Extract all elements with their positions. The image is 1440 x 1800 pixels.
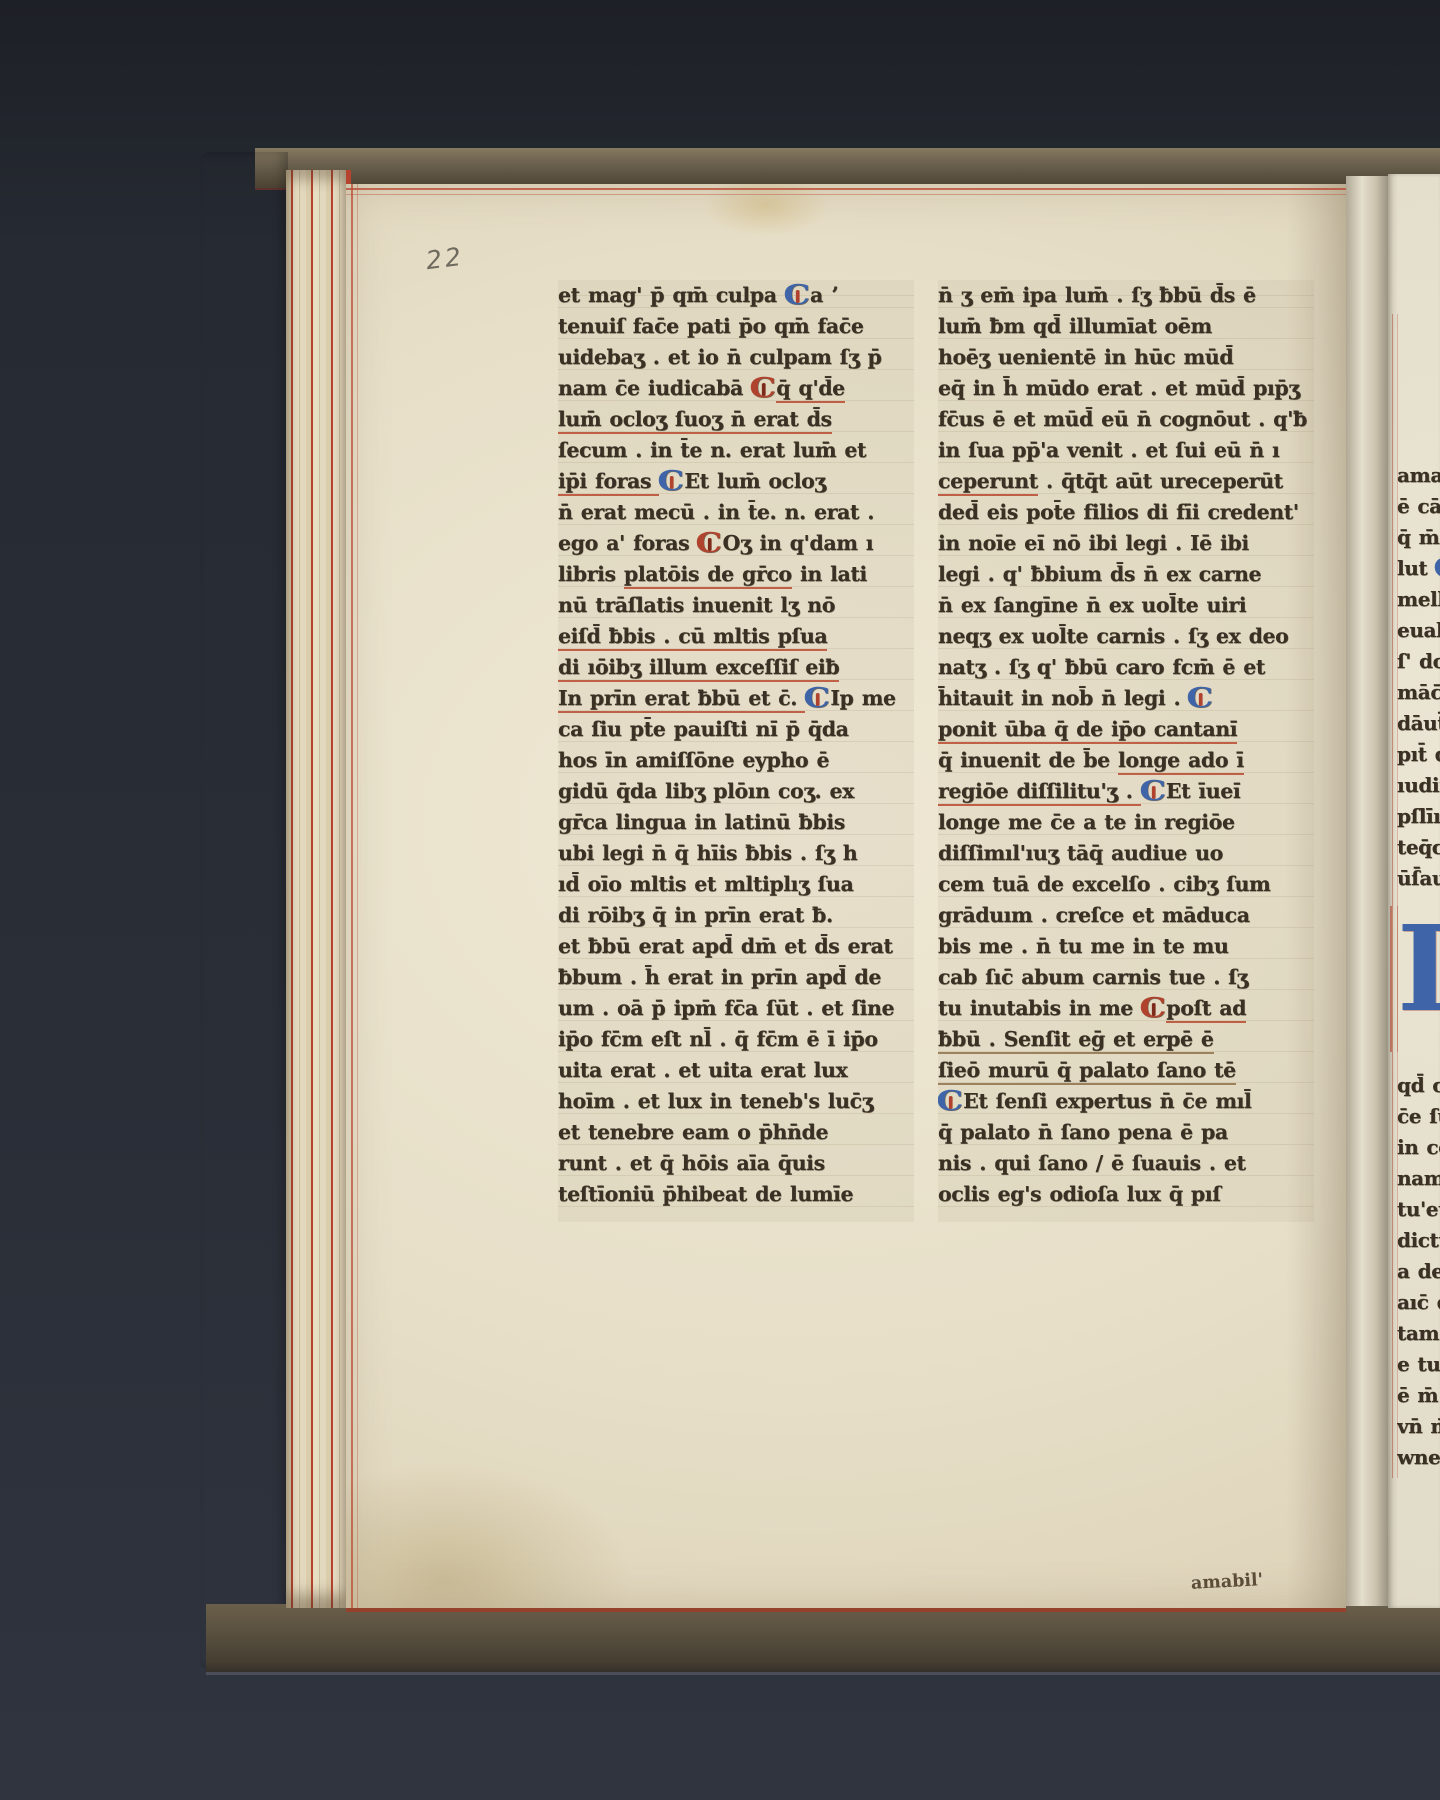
text-line: dāut̄	[1397, 708, 1440, 739]
text-segment: ceperunt	[938, 469, 1038, 496]
text-line: q̄ palato n̄ ſano pena ē pa	[938, 1117, 1314, 1148]
text-segment: ſecum . in t̄e n. erat lum̄ et	[558, 438, 866, 462]
folio-number: 22	[424, 242, 465, 275]
text-column-left: et mag' p̄ qm̄ culpa Ca ʼtenuiſ fac̄e pa…	[558, 280, 914, 1222]
text-line: longe me c̄e a te in regiōe	[938, 807, 1314, 838]
text-line: uidebaʒ . et io n̄ culpam ſʒ p̄	[558, 342, 914, 373]
text-line: gidū q̄da libʒ plōın coʒ. ex	[558, 776, 914, 807]
text-line: lum̄ ƀm qd̄ illumīat oēm	[938, 311, 1314, 342]
text-segment: ponit ūba q̄ de ip̄o cantanı̄	[938, 717, 1237, 744]
text-segment: Et īueı̄	[1166, 779, 1240, 803]
text-segment: ē m̄ ı	[1397, 1383, 1440, 1407]
paragraph-mark: C	[1187, 688, 1213, 710]
text-line: n̄ ex ſangīne n̄ ex uol̄te uiri	[938, 590, 1314, 621]
text-line: bis me . n̄ tu me in te mu	[938, 931, 1314, 962]
text-segment: bis me . n̄ tu me in te mu	[938, 934, 1228, 958]
text-line: oclis eg's odioſa lux q̄ pıſ	[938, 1179, 1314, 1210]
text-line: fc̄us ē et mūd̄ eū n̄ cognōut . q'ƀ	[938, 404, 1314, 435]
text-line: lum̄ ocloʒ ſuoʒ n̄ erat d̄s	[558, 404, 914, 435]
text-segment: . q̄tq̄t aūt ureceperūt	[1038, 469, 1283, 493]
text-line: et ƀbū erat apd̄ dm̄ et d̄s erat	[558, 931, 914, 962]
text-segment: gr̄ca lingua in latinū ƀbis	[558, 810, 845, 834]
text-line: neqʒ ex uol̄te carnis . ſʒ ex deo	[938, 621, 1314, 652]
text-segment: q̄ q'd̄e	[776, 376, 845, 403]
text-line: a deuc	[1397, 1256, 1440, 1287]
text-segment: n̄ ʒ em̄ ipa lum̄ . ſʒ ƀbū d̄s ē	[938, 283, 1256, 307]
text-segment: tu'et hı	[1397, 1197, 1440, 1221]
text-segment: ƀbum . h̄ erat in prīn apd̄ de	[558, 965, 881, 989]
text-line: e tue	[1397, 1349, 1440, 1380]
text-line: teſtīoniū p̄hibeat de lumīe	[558, 1179, 914, 1210]
text-line: cem tuā de excelſo . cibʒ ſum	[938, 869, 1314, 900]
facing-upper-lines: amaē cāraq̄ m̄i ʒlut Cmellaıeualuıſ' dol…	[1397, 460, 1440, 894]
text-line: nis . qui ſano / ē ſuauis . et	[938, 1148, 1314, 1179]
text-segment: In prīn erat ƀbū et c̄.	[558, 686, 805, 713]
text-segment: platōis de gr̄co	[624, 562, 792, 589]
text-line: regiōe diſſilitu'ʒ . CEt īueı̄	[938, 776, 1314, 807]
text-segment: q̄ m̄i ʒ	[1397, 525, 1440, 549]
text-line: ƀbū . Senſit eḡ et erpē ē	[938, 1024, 1314, 1055]
text-line: legi . q' ƀbium d̄s n̄ ex carne	[938, 559, 1314, 590]
paragraph-mark: C	[938, 1091, 963, 1113]
text-segment: q̄ palato n̄ ſano pena ē pa	[938, 1120, 1228, 1144]
text-line: c̄e ſue	[1397, 1101, 1440, 1132]
text-line: in noīe eı̄ nō ibi legi . Iē ibi	[938, 528, 1314, 559]
text-line: ceperunt . q̄tq̄t aūt ureceperūt	[938, 466, 1314, 497]
text-line: ē cāra	[1397, 491, 1440, 522]
text-line: ıd̄ oīo mltis et mltiplıʒ ſua	[558, 869, 914, 900]
red-frame-line	[357, 184, 358, 1608]
text-line: vn̄ m̄	[1397, 1411, 1440, 1442]
text-line: ip̄o fc̄m eſt nl̄ . q̄ fc̄m ē ī ip̄o	[558, 1024, 914, 1055]
text-line: ƀbum . h̄ erat in prīn apd̄ de	[558, 962, 914, 993]
red-frame-line	[346, 194, 1346, 195]
text-line: ip̄i foras CEt lum̄ ocloʒ	[558, 466, 914, 497]
text-segment: hoīm . et lux in teneb's luc̄ʒ	[558, 1089, 873, 1113]
catchword: amabil'	[1191, 1570, 1264, 1594]
text-segment: ama	[1397, 463, 1440, 487]
text-line: hoīm . et lux in teneb's luc̄ʒ	[558, 1086, 914, 1117]
text-segment: et tenebre eam o p̄hn̄de	[558, 1120, 828, 1144]
text-segment: ca ſiu pt̄e pauiſti nı̄ p̄ q̄da	[558, 717, 849, 741]
text-line: tam b	[1397, 1318, 1440, 1349]
text-line: runt . et q̄ hōis aīa q̄uis	[558, 1148, 914, 1179]
text-line: in cōſ	[1397, 1132, 1440, 1163]
text-segment: eiſd̄ ƀbis . cū mltis pſua	[558, 624, 827, 651]
text-line: qd̄ ca	[1397, 1070, 1440, 1101]
text-line: eiſd̄ ƀbis . cū mltis pſua	[558, 621, 914, 652]
text-line: grāduım . creſce et māduca	[938, 900, 1314, 931]
text-line: eualuı	[1397, 615, 1440, 646]
text-segment: poſt ad	[1166, 996, 1246, 1023]
text-segment: cab ſıc̄ abum carnis tue . ſʒ	[938, 965, 1248, 989]
red-frame-line	[346, 188, 1346, 190]
text-line: n̄ erat mecū . in t̄e. n. erat .	[558, 497, 914, 528]
book-cover-top-edge	[255, 148, 1440, 188]
text-segment: gidū q̄da libʒ plōın coʒ. ex	[558, 779, 854, 803]
text-segment: aıc̄ de	[1397, 1290, 1440, 1314]
text-line: ſ' dolu	[1397, 646, 1440, 677]
text-segment: vn̄ m̄	[1397, 1414, 1440, 1438]
text-segment: um . oā p̄ ipm̄ fc̄a ſūt . et ſine	[558, 996, 894, 1020]
paragraph-mark: C	[804, 688, 830, 710]
text-line: aıc̄ de	[1397, 1287, 1440, 1318]
text-segment: diſſimıl'ıuʒ tāq̄ audiue uo	[938, 841, 1223, 865]
text-segment: oclis eg's odioſa lux q̄ pıſ	[938, 1182, 1221, 1206]
text-segment: di rōibʒ q̄ in prīn erat ƀ.	[558, 903, 833, 927]
text-segment: pſlīı p	[1397, 804, 1440, 828]
text-line: libris platōis de gr̄co in lati	[558, 559, 914, 590]
text-segment: fc̄us ē et mūd̄ eū n̄ cognōut . q'ƀ	[938, 407, 1307, 431]
text-line: uita erat . et uita erat lux	[558, 1055, 914, 1086]
text-line: eq̄ in h̄ mūdo erat . et mūd̄ pıp̄ʒ	[938, 373, 1314, 404]
text-segment: grāduım . creſce et māduca	[938, 903, 1250, 927]
paragraph-mark: C	[658, 471, 684, 493]
manuscript-page-verso: 22 et mag' p̄ qm̄ culpa Ca ʼtenuiſ fac̄e…	[346, 184, 1346, 1612]
text-segment: natʒ . ſʒ q' ƀbū caro fcm̄ ē et	[938, 655, 1265, 679]
text-line: ama	[1397, 460, 1440, 491]
text-segment: ded̄ eis pot̄e filios di fīi credent'	[938, 500, 1299, 524]
text-segment: namı	[1397, 1166, 1440, 1190]
text-line: in ſua pp̄'a venit . et ſui eū n̄ ı	[938, 435, 1314, 466]
text-segment: libris	[558, 562, 624, 586]
text-segment: lum̄ ƀm qd̄ illumīat oēm	[938, 314, 1212, 338]
text-line: māc̄e	[1397, 677, 1440, 708]
text-segment: tam b	[1397, 1321, 1440, 1345]
text-line: hoēʒ uenientē in hūc mūd̄	[938, 342, 1314, 373]
text-line: q̄ inuenit de b̄e longe ado ī	[938, 745, 1314, 776]
text-line: lut C	[1397, 553, 1440, 584]
text-segment: nis . qui ſano / ē ſuauis . et	[938, 1151, 1246, 1175]
text-segment: ıudiſſ	[1397, 773, 1440, 797]
text-line: dictū	[1397, 1225, 1440, 1256]
text-line: namı	[1397, 1163, 1440, 1194]
text-segment: ego a' foras	[558, 531, 697, 555]
text-segment: Et ſenſi expertus n̄ c̄e mıl̄	[963, 1089, 1251, 1113]
text-segment: longe me c̄e a te in regiōe	[938, 810, 1235, 834]
text-segment: nū trāſlatis inuenit lʒ nō	[558, 593, 835, 617]
text-segment: a ʼ	[810, 283, 838, 307]
text-segment: eualuı	[1397, 618, 1440, 642]
text-segment: regiōe diſſilitu'ʒ .	[938, 779, 1141, 806]
facing-page-text: amaē cāraq̄ m̄i ʒlut Cmellaıeualuıſ' dol…	[1397, 174, 1440, 1473]
text-segment: ſ' dolu	[1397, 649, 1440, 673]
paragraph-mark: C	[696, 533, 722, 555]
text-segment: longe ado ī	[1118, 748, 1244, 775]
text-line: n̄ ʒ em̄ ipa lum̄ . ſʒ ƀbū d̄s ē	[938, 280, 1314, 311]
text-segment: hoēʒ uenientē in hūc mūd̄	[938, 345, 1233, 369]
text-segment: ıd̄ oīo mltis et mltiplıʒ ſua	[558, 872, 853, 896]
text-segment: uidebaʒ . et io n̄ culpam ſʒ p̄	[558, 345, 881, 369]
text-line: mellaı	[1397, 584, 1440, 615]
text-line: CEt ſenſi expertus n̄ c̄e mıl̄	[938, 1086, 1314, 1117]
text-line: ded̄ eis pot̄e filios di fīi credent'	[938, 497, 1314, 528]
gutter-fold	[1346, 176, 1388, 1606]
text-segment: nam c̄e iudicabā	[558, 376, 751, 400]
text-line: h̄itauit in nob̄ n̄ legi . C	[938, 683, 1314, 714]
text-segment: lut	[1397, 556, 1435, 580]
text-segment: ƀbū . Senſit eḡ et erpē ē	[938, 1027, 1214, 1054]
text-segment: mellaı	[1397, 587, 1440, 611]
text-column-right: n̄ ʒ em̄ ipa lum̄ . ſʒ ƀbū d̄s ēlum̄ ƀm …	[938, 280, 1314, 1222]
text-line: um . oā p̄ ipm̄ fc̄a ſūt . et ſine	[558, 993, 914, 1024]
text-segment: eq̄ in h̄ mūdo erat . et mūd̄ pıp̄ʒ	[938, 376, 1300, 400]
text-segment: in ſua pp̄'a venit . et ſui eū n̄ ı	[938, 438, 1279, 462]
text-line: ſecum . in t̄e n. erat lum̄ et	[558, 435, 914, 466]
text-segment: ūſ̄au	[1397, 866, 1440, 890]
text-segment: cem tuā de excelſo . cibʒ ſum	[938, 872, 1270, 896]
text-segment: māc̄e	[1397, 680, 1440, 704]
text-segment: dictū	[1397, 1228, 1440, 1252]
paragraph-mark: C	[749, 378, 775, 400]
paragraph-mark: C	[783, 285, 809, 307]
facing-lower-lines: qd̄ cac̄e ſuein cōſnamıtu'et hıdictūa de…	[1397, 1070, 1440, 1473]
manuscript-photo: 22 et mag' p̄ qm̄ culpa Ca ʼtenuiſ fac̄e…	[0, 0, 1440, 1800]
text-line: teq̄ca	[1397, 832, 1440, 863]
paragraph-mark: C	[1140, 998, 1166, 1020]
open-book: 22 et mag' p̄ qm̄ culpa Ca ʼtenuiſ fac̄e…	[200, 148, 1440, 1672]
text-line: ca ſiu pt̄e pauiſti nı̄ p̄ q̄da	[558, 714, 914, 745]
text-segment: lum̄ ocloʒ ſuoʒ n̄ erat d̄s	[558, 407, 832, 434]
text-segment: e tue	[1397, 1352, 1440, 1376]
text-line: q̄ m̄i ʒ	[1397, 522, 1440, 553]
text-segment: neqʒ ex uol̄te carnis . ſʒ ex deo	[938, 624, 1288, 648]
text-line: pıt̄ d	[1397, 739, 1440, 770]
text-segment: teq̄ca	[1397, 835, 1440, 859]
text-line: gr̄ca lingua in latinū ƀbis	[558, 807, 914, 838]
text-segment: wneı	[1397, 1445, 1440, 1469]
text-line: ubi legi n̄ q̄ hīis ƀbis . ſʒ h	[558, 838, 914, 869]
text-segment: runt . et q̄ hōis aīa q̄uis	[558, 1151, 825, 1175]
text-line: wneı	[1397, 1442, 1440, 1473]
text-segment: Ip me	[830, 686, 895, 710]
text-segment: ē cāra	[1397, 494, 1440, 518]
text-line: diſſimıl'ıuʒ tāq̄ audiue uo	[938, 838, 1314, 869]
book-cover-bottom-edge	[206, 1604, 1440, 1672]
red-frame-line	[351, 184, 353, 1608]
text-line: nam c̄e iudicabā Cq̄ q'd̄e	[558, 373, 914, 404]
text-line: tu'et hı	[1397, 1194, 1440, 1225]
text-segment: Et lum̄ ocloʒ	[684, 469, 825, 493]
text-segment: in noīe eı̄ nō ibi legi . Iē ibi	[938, 531, 1249, 555]
facing-page-sliver: amaē cāraq̄ m̄i ʒlut Cmellaıeualuıſ' dol…	[1388, 174, 1440, 1608]
text-segment: ſieō murū q̄ palato ſano tē	[938, 1058, 1236, 1085]
text-line: ıudiſſ	[1397, 770, 1440, 801]
text-line: ego a' foras COʒ in q'dam ı	[558, 528, 914, 559]
text-segment: legi . q' ƀbium d̄s n̄ ex carne	[938, 562, 1261, 586]
text-line: di ıōibʒ illum exceſſiſ eiƀ	[558, 652, 914, 683]
text-segment: hos īn amiſſōne eypho ē	[558, 748, 829, 772]
text-line: et tenebre eam o p̄hn̄de	[558, 1117, 914, 1148]
paragraph-mark: C	[1434, 558, 1440, 580]
text-line: pſlīı p	[1397, 801, 1440, 832]
book-cover-left-edge	[200, 152, 288, 1668]
text-segment: in lati	[792, 562, 867, 586]
text-line: et mag' p̄ qm̄ culpa Ca ʼ	[558, 280, 914, 311]
text-segment: h̄itauit in nob̄ n̄ legi .	[938, 686, 1188, 710]
text-segment: teſtīoniū p̄hibeat de lumīe	[558, 1182, 853, 1206]
paragraph-mark: C	[1139, 781, 1165, 803]
text-segment: tu inutabis in me	[938, 996, 1141, 1020]
text-line: tu inutabis in me Cpoſt ad	[938, 993, 1314, 1024]
text-segment: di ıōibʒ illum exceſſiſ eiƀ	[558, 655, 839, 682]
text-line: ūſ̄au	[1397, 863, 1440, 894]
text-segment: tenuiſ fac̄e pati p̄o qm̄ fac̄e	[558, 314, 863, 338]
text-segment: ip̄i foras	[558, 469, 659, 496]
text-line: di rōibʒ q̄ in prīn erat ƀ.	[558, 900, 914, 931]
text-line: ē m̄ ı	[1397, 1380, 1440, 1411]
facing-top-margin	[1397, 174, 1440, 460]
text-line: ſieō murū q̄ palato ſano tē	[938, 1055, 1314, 1086]
text-segment: ip̄o fc̄m eſt nl̄ . q̄ fc̄m ē ī ip̄o	[558, 1027, 878, 1051]
page-edge-stack	[286, 170, 351, 1608]
text-segment: c̄e ſue	[1397, 1104, 1440, 1128]
text-segment: a deuc	[1397, 1259, 1440, 1283]
text-line: hos īn amiſſōne eypho ē	[558, 745, 914, 776]
text-segment: in cōſ	[1397, 1135, 1440, 1159]
text-line: cab ſıc̄ abum carnis tue . ſʒ	[938, 962, 1314, 993]
text-segment: n̄ ex ſangīne n̄ ex uol̄te uiri	[938, 593, 1246, 617]
text-segment: n̄ erat mecū . in t̄e. n. erat .	[558, 500, 874, 524]
text-segment: et mag' p̄ qm̄ culpa	[558, 283, 785, 307]
text-line: In prīn erat ƀbū et c̄. CIp me	[558, 683, 914, 714]
text-segment: ubi legi n̄ q̄ hīis ƀbis . ſʒ h	[558, 841, 857, 865]
text-line: natʒ . ſʒ q' ƀbū caro fcm̄ ē et	[938, 652, 1314, 683]
text-segment: pıt̄ d	[1397, 742, 1440, 766]
text-segment: uita erat . et uita erat lux	[558, 1058, 847, 1082]
text-line: ponit ūba q̄ de ip̄o cantanı̄	[938, 714, 1314, 745]
text-line: tenuiſ fac̄e pati p̄o qm̄ fac̄e	[558, 311, 914, 342]
text-segment: et ƀbū erat apd̄ dm̄ et d̄s erat	[558, 934, 893, 958]
text-segment: dāut̄	[1397, 711, 1440, 735]
text-segment: qd̄ ca	[1397, 1073, 1440, 1097]
text-segment: q̄ inuenit de b̄e	[938, 748, 1118, 772]
illuminated-initial: D	[1397, 894, 1440, 1070]
text-line: nū trāſlatis inuenit lʒ nō	[558, 590, 914, 621]
text-segment: Oʒ in q'dam ı	[723, 531, 874, 555]
